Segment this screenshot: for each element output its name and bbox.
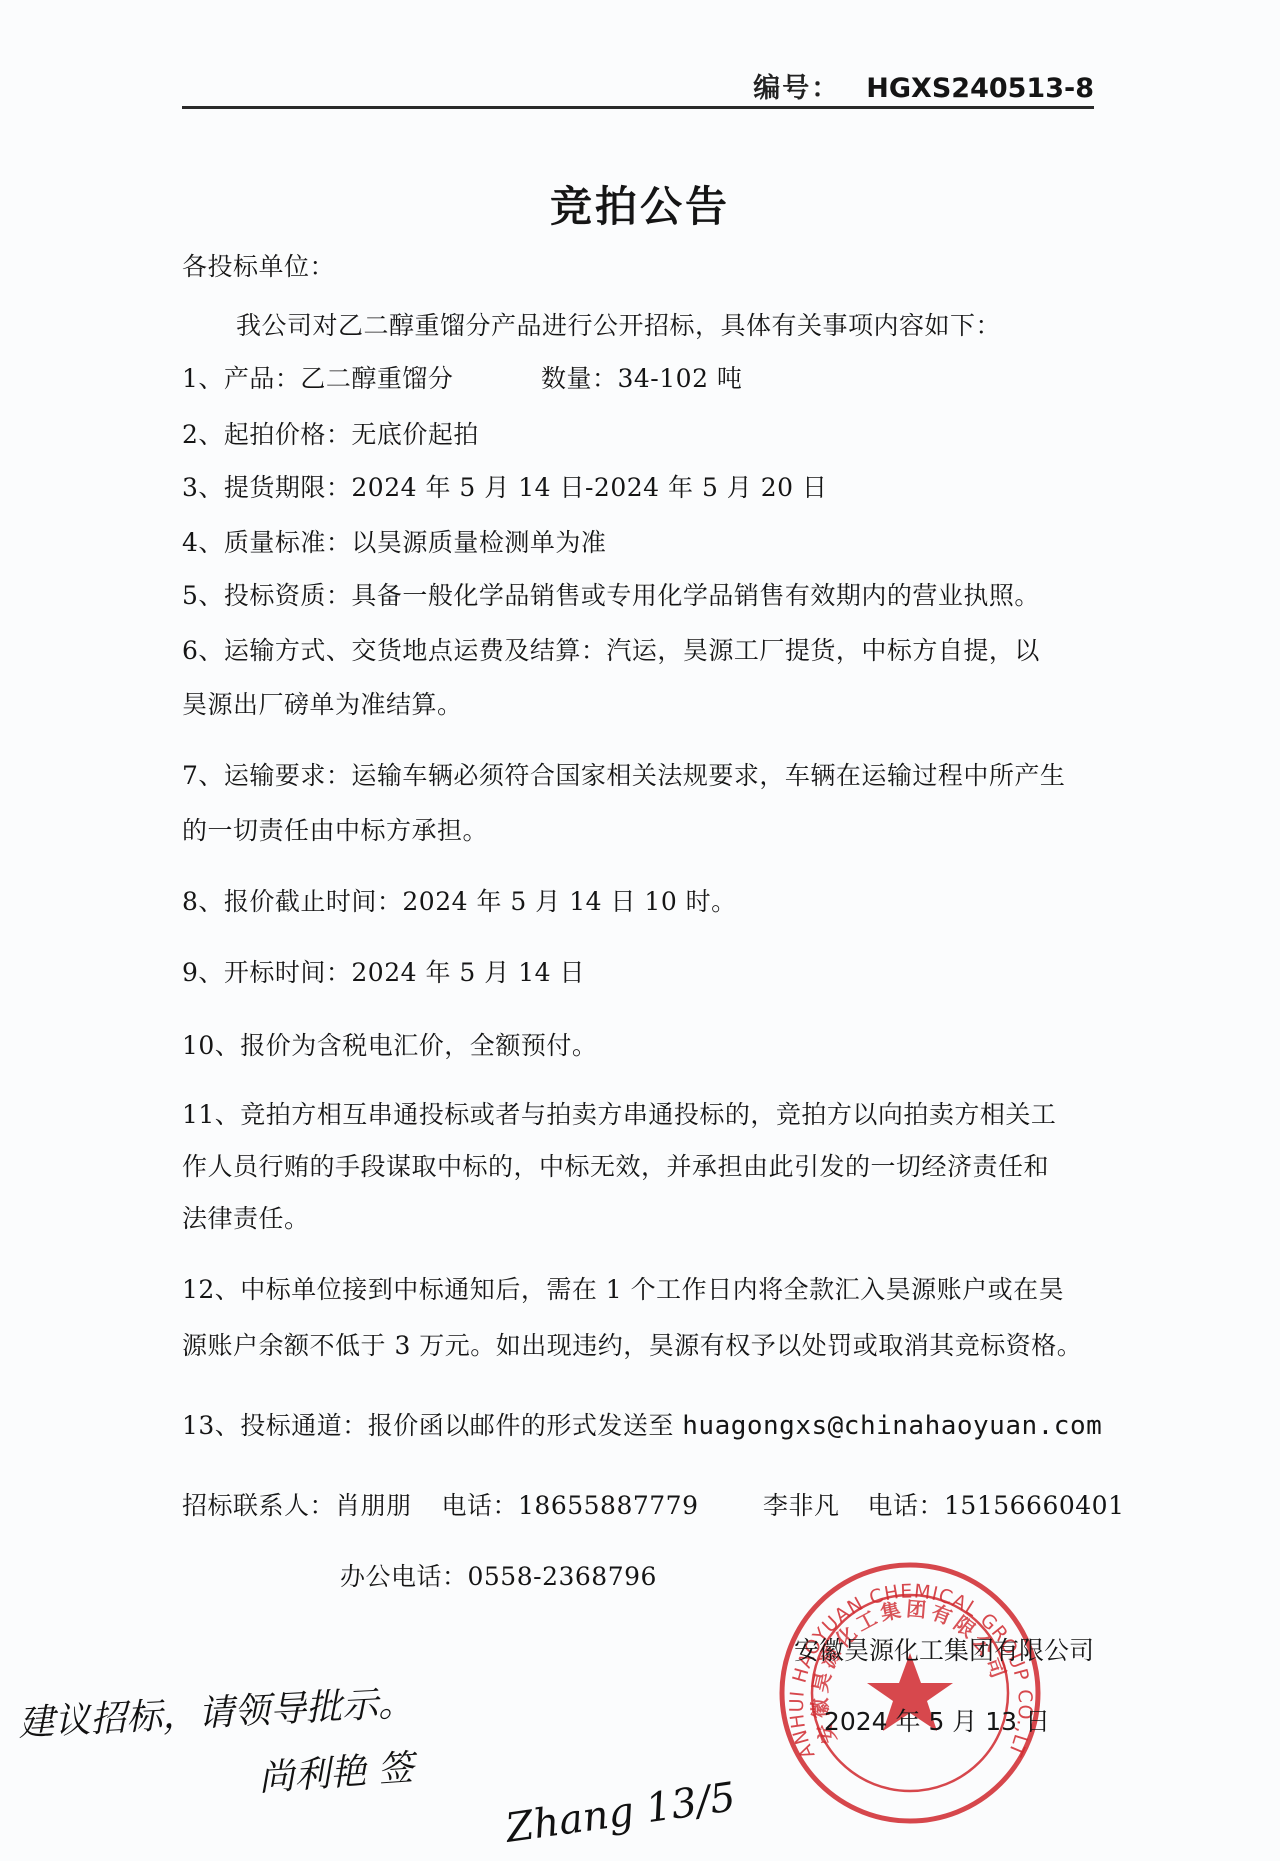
contact-1-name: 肖朋朋 <box>335 1491 412 1520</box>
office-phone: 办公电话：0558-2368796 <box>340 1562 657 1592</box>
item-11-collusion-line2: 作人员行贿的手段谋取中标的，中标无效，并承担由此引发的一切经济责任和 <box>182 1152 1049 1182</box>
item-4-quality-standard: 4、质量标准：以昊源质量检测单为准 <box>182 528 606 558</box>
item-1-quantity: 数量：34-102 吨 <box>541 364 742 394</box>
page-title: 竞拍公告 <box>0 174 1280 234</box>
item-12-winner-payment-line2: 源账户余额不低于 3 万元。如出现违约，昊源有权予以处罚或取消其竞标资格。 <box>182 1331 1082 1361</box>
item-9-opening-time: 9、开标时间：2024 年 5 月 14 日 <box>182 958 585 988</box>
contact-2: 李非凡电话：15156660401 <box>763 1491 1124 1521</box>
contact-2-phone: 电话：15156660401 <box>868 1491 1125 1520</box>
contact-2-name: 李非凡 <box>763 1491 840 1520</box>
item-13-label: 13、投标通道：报价函以邮件的形式发送至 <box>182 1411 682 1440</box>
item-11-collusion-line3: 法律责任。 <box>182 1204 310 1234</box>
item-7-transport-req-line1: 7、运输要求：运输车辆必须符合国家相关法规要求，车辆在运输过程中所产生 <box>182 761 1065 791</box>
handwritten-approval-signature: Zhang 13/5 <box>503 1774 738 1852</box>
signature-date: 2024 年 5 月 13 日 <box>824 1702 1050 1738</box>
item-2-start-price: 2、起拍价格：无底价起拍 <box>182 420 479 450</box>
item-7-transport-req-line2: 的一切责任由中标方承担。 <box>182 816 488 846</box>
item-5-bidder-qualification: 5、投标资质：具备一般化学品销售或专用化学品销售有效期内的营业执照。 <box>182 581 1040 611</box>
document-number-label: 编号： <box>753 73 840 104</box>
item-10-payment-terms: 10、报价为含税电汇价，全额预付。 <box>182 1031 597 1061</box>
salutation: 各投标单位： <box>182 252 335 282</box>
handwritten-signature-1: 尚利艳 签 <box>256 1740 415 1802</box>
contact-1-phone: 电话：18655887779 <box>442 1491 699 1520</box>
document-number-value: HGXS240513-8 <box>866 73 1094 104</box>
company-seal-stamp: ANHUI HAOYUAN CHEMICAL GROUP CO.,LTD. 安徽… <box>775 1555 1045 1825</box>
item-6-transport-line1: 6、运输方式、交货地点运费及结算：汽运，昊源工厂提货，中标方自提，以 <box>182 636 1040 666</box>
item-13-bid-channel: 13、投标通道：报价函以邮件的形式发送至 huagongxs@chinahaoy… <box>182 1411 1102 1441</box>
item-8-quote-deadline: 8、报价截止时间：2024 年 5 月 14 日 10 时。 <box>182 887 737 917</box>
item-11-collusion-line1: 11、竞拍方相互串通投标或者与拍卖方串通投标的，竞拍方以向拍卖方相关工 <box>182 1100 1056 1130</box>
document-number: 编号：HGXS240513-8 <box>753 66 1094 105</box>
item-3-pickup-period: 3、提货期限：2024 年 5 月 14 日-2024 年 5 月 20 日 <box>182 473 828 503</box>
item-12-winner-payment-line1: 12、中标单位接到中标通知后，需在 1 个工作日内将全款汇入昊源账户或在昊 <box>182 1275 1064 1305</box>
bid-email-link[interactable]: huagongxs@chinahaoyuan.com <box>682 1411 1102 1441</box>
contact-label: 招标联系人： <box>182 1491 335 1520</box>
company-name: 安徽昊源化工集团有限公司 <box>794 1631 1094 1667</box>
contact-row: 招标联系人：肖朋朋电话：18655887779 <box>182 1491 699 1521</box>
item-1-product: 1、产品：乙二醇重馏分 <box>182 364 453 394</box>
handwritten-note: 建议招标，请领导批示。 <box>17 1675 415 1747</box>
item-6-transport-line2: 昊源出厂磅单为准结算。 <box>182 690 463 720</box>
header-divider <box>182 106 1094 109</box>
intro-paragraph: 我公司对乙二醇重馏分产品进行公开招标，具体有关事项内容如下： <box>236 311 1001 341</box>
